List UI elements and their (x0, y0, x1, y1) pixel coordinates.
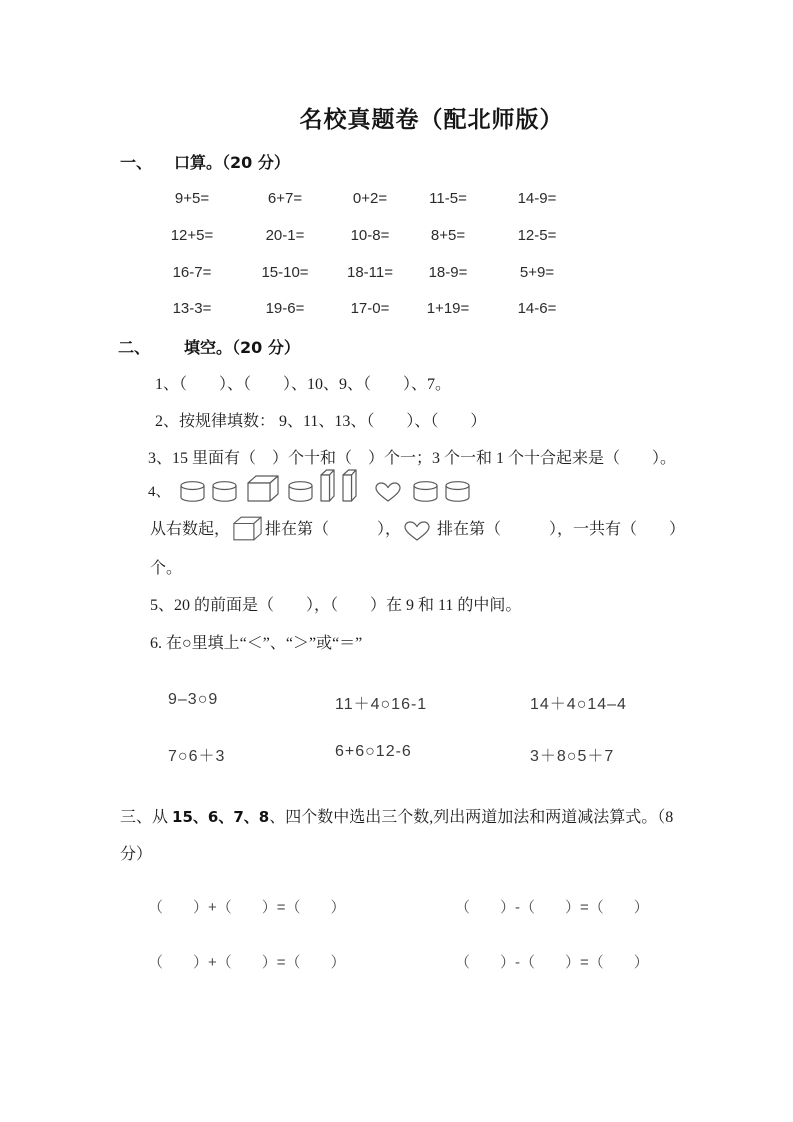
section2-heading: 二、填空。（20 分） (118, 335, 300, 358)
oral-calc-problem: 14-6= (492, 300, 582, 337)
oral-calc-problem: 19-6= (234, 300, 336, 337)
section3-numbers: 15、6、7、8 (172, 808, 269, 826)
oral-calc-problem: 20-1= (234, 227, 336, 264)
heart-icon (375, 482, 401, 502)
fill-blank-item-4-question: 从右数起，排在第（ ）， 排在第（ ），一共有（ ） (150, 516, 685, 541)
item4-text-after-heart: 排在第（ ），一共有（ ） (433, 521, 685, 538)
oral-calc-problem: 15-10= (234, 264, 336, 301)
cylinder-icon (180, 481, 205, 502)
section3-prefix: 三、从 (120, 809, 172, 826)
section2-number: 二、 (118, 338, 150, 357)
cylinder-icon (413, 481, 438, 502)
worksheet-page: 名校真题卷（配北师版） 一、口算。（20 分） 9+5=6+7=0+2=11-5… (0, 0, 793, 1122)
section3-heading: 三、从 15、6、7、8、四个数中选出三个数,列出两道加法和两道减法算式。（8分… (120, 799, 692, 873)
addition-equation-blank: （ ）+（ ）=（ ） (148, 951, 346, 972)
oral-calc-problem: 14-9= (492, 190, 582, 227)
section1-number: 一、 (120, 153, 152, 172)
fill-blank-item-1: 1、（ ）、（ ）、10、9、（ ）、7。 (155, 371, 451, 394)
heart-icon (404, 521, 430, 541)
fill-blank-item-6: 6. 在○里填上“＜”、“＞”或“＝” (150, 630, 362, 653)
oral-calc-problem: 18-9= (404, 264, 492, 301)
fill-blank-item-4-label: 4、 (148, 483, 171, 502)
oral-calc-problem: 12-5= (492, 227, 582, 264)
oral-calc-problem: 16-7= (150, 264, 234, 301)
comparison-problem: 6+6○12-6 (335, 743, 412, 761)
subtraction-equation-blank: （ ）-（ ）=（ ） (455, 951, 649, 972)
page-title: 名校真题卷（配北师版） (0, 101, 793, 134)
oral-calc-problem: 10-8= (336, 227, 404, 264)
cylinder-icon (445, 481, 470, 502)
prism-icon (320, 469, 335, 502)
shape-sequence-row: 4、 (148, 465, 470, 502)
oral-calc-problem: 11-5= (404, 190, 492, 227)
fill-blank-item-5: 5、20 的前面是（ ），（ ）在 9 和 11 的中间。 (150, 592, 521, 615)
cylinder-icon (212, 481, 237, 502)
oral-calc-problem: 8+5= (404, 227, 492, 264)
comparison-problem: 3＋8○5＋7 (530, 743, 614, 766)
section1-title: 口算。（20 分） (174, 153, 290, 172)
oral-calc-grid: 9+5=6+7=0+2=11-5=14-9=12+5=20-1=10-8=8+5… (150, 190, 582, 337)
subtraction-equation-blank: （ ）-（ ）=（ ） (455, 896, 649, 917)
section1-heading: 一、口算。（20 分） (120, 150, 290, 173)
fill-blank-item-4-question-cont: 个。 (150, 555, 182, 578)
item4-text-after-cube: 排在第（ ）， (265, 521, 401, 538)
oral-calc-problem: 6+7= (234, 190, 336, 227)
cube-icon (233, 516, 262, 541)
oral-calc-problem: 12+5= (150, 227, 234, 264)
cylinder-icon (288, 481, 313, 502)
comparison-problem: 9–3○9 (168, 691, 218, 709)
section2-title: 填空。（20 分） (184, 338, 300, 357)
comparison-problem: 7○6＋3 (168, 743, 225, 766)
prism-icon (342, 469, 357, 502)
oral-calc-problem: 18-11= (336, 264, 404, 301)
oral-calc-problem: 9+5= (150, 190, 234, 227)
oral-calc-problem: 1+19= (404, 300, 492, 337)
fill-blank-item-2: 2、按规律填数： 9、11、13、（ ）、（ ） (155, 408, 486, 431)
oral-calc-problem: 13-3= (150, 300, 234, 337)
oral-calc-problem: 17-0= (336, 300, 404, 337)
cube-icon (247, 475, 279, 502)
item4-text-before-cube: 从右数起， (150, 521, 230, 538)
oral-calc-problem: 0+2= (336, 190, 404, 227)
oral-calc-problem: 5+9= (492, 264, 582, 301)
comparison-problem: 14＋4○14–4 (530, 691, 627, 714)
comparison-problem: 11＋4○16-1 (335, 691, 427, 714)
addition-equation-blank: （ ）+（ ）=（ ） (148, 896, 346, 917)
